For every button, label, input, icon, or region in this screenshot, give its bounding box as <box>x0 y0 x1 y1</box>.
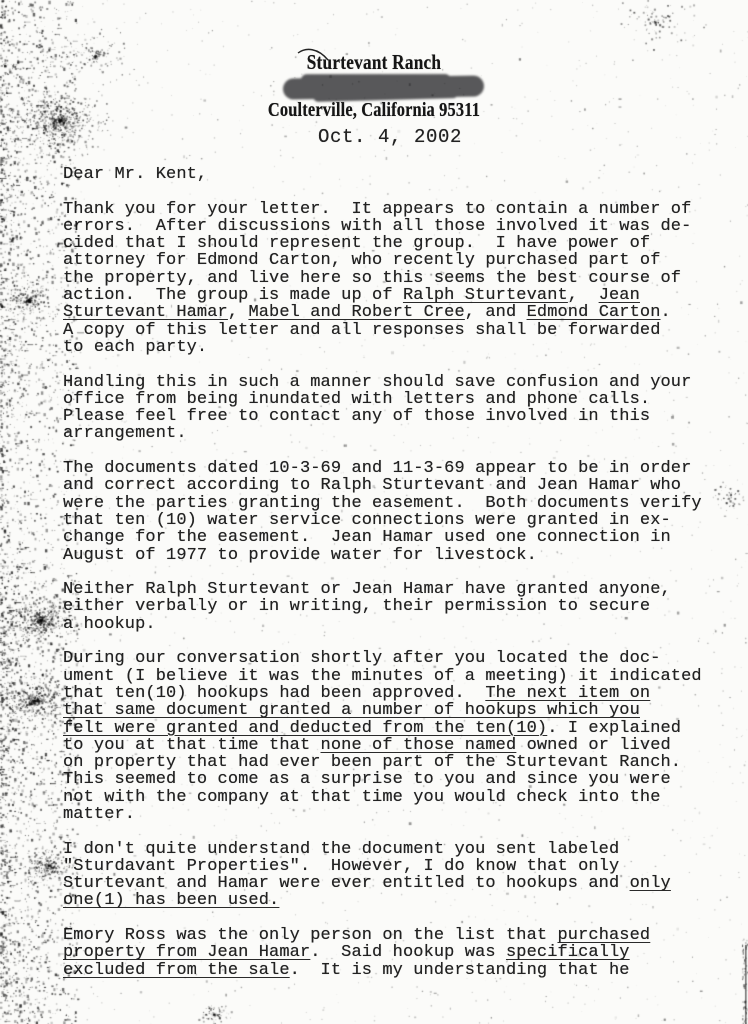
letter-line: attorney for Edmond Carton, who recently… <box>63 252 731 269</box>
text-segment: matter. <box>63 805 135 824</box>
text-segment: arrangement. <box>63 424 187 443</box>
letter-line: not with the company at that time you wo… <box>63 789 731 806</box>
underlined-text: Jean <box>599 286 640 305</box>
underlined-text: none of those named <box>321 736 517 755</box>
letter-date: Oct. 4, 2002 <box>318 126 462 148</box>
letterhead-flourish-icon <box>296 46 330 62</box>
letter-line: matter. <box>63 806 731 823</box>
letter-line: to you at that time that none of those n… <box>63 737 731 754</box>
text-segment: Please feel free to contact any of those… <box>63 407 650 426</box>
letter-line: that ten(10) hookups had been approved. … <box>63 685 731 702</box>
underlined-text: Ralph Sturtevant <box>403 286 568 305</box>
letter-line: change for the easement. Jean Hamar used… <box>63 529 731 546</box>
paragraph: Emory Ross was the only person on the li… <box>63 927 731 979</box>
underlined-text: specifically <box>506 943 630 962</box>
text-segment: . I explained <box>547 719 681 738</box>
letter-line: and correct according to Ralph Sturtevan… <box>63 477 731 494</box>
text-segment: During our conversation shortly after yo… <box>63 649 661 668</box>
underlined-text: excluded from the sale <box>63 961 290 980</box>
letter-line: During our conversation shortly after yo… <box>63 650 731 667</box>
text-segment: that ten(10) hookups had been approved. <box>63 684 485 703</box>
underlined-text: Mabel and Robert Cree <box>248 303 464 322</box>
letter-line: This seemed to come as a surprise to you… <box>63 771 731 788</box>
letter-line: Handling this in such a manner should sa… <box>63 374 731 391</box>
text-segment: not with the company at that time you wo… <box>63 788 661 807</box>
letter-line: on property that had ever been part of t… <box>63 754 731 771</box>
letter-line: Sturtevant and Hamar were ever entitled … <box>63 875 731 892</box>
letter-line: I don't quite understand the document yo… <box>63 841 731 858</box>
letter-line: to each party. <box>63 339 731 356</box>
text-segment: action. The group is made up of <box>63 286 403 305</box>
letter-line: Emory Ross was the only person on the li… <box>63 927 731 944</box>
letter-line: one(1) has been used. <box>63 892 731 909</box>
letterhead-ranch-name: Sturtevant Ranch <box>67 50 680 75</box>
text-segment: Sturtevant and Hamar were ever entitled … <box>63 874 630 893</box>
text-segment: . It is my understanding that he <box>290 961 630 980</box>
underlined-text: purchased <box>557 926 650 945</box>
underlined-text: felt were granted and deducted from the … <box>63 719 547 738</box>
letter-line: felt were granted and deducted from the … <box>63 720 731 737</box>
letter-line: office from being inundated with letters… <box>63 391 731 408</box>
text-segment: either verbally or in writing, their per… <box>63 597 650 616</box>
letter-line: Thank you for your letter. It appears to… <box>63 201 731 218</box>
text-segment: cided that I should represent the group.… <box>63 234 650 253</box>
letter-line: either verbally or in writing, their per… <box>63 598 731 615</box>
paragraph: The documents dated 10-3-69 and 11-3-69 … <box>63 460 731 564</box>
text-segment: attorney for Edmond Carton, who recently… <box>63 251 661 270</box>
letter-line: that ten (10) water service connections … <box>63 512 731 529</box>
text-segment: , <box>228 303 249 322</box>
text-segment: the property, and live here so this seem… <box>63 269 681 288</box>
text-segment: Thank you for your letter. It appears to… <box>63 200 691 219</box>
underlined-text: property from Jean Hamar <box>63 943 310 962</box>
underlined-text: one(1) has been used. <box>63 891 279 910</box>
text-segment: Handling this in such a manner should sa… <box>63 373 691 392</box>
paragraph: Handling this in such a manner should sa… <box>63 374 731 443</box>
text-segment: Neither Ralph Sturtevant or Jean Hamar h… <box>63 580 671 599</box>
letter-line: A copy of this letter and all responses … <box>63 322 731 339</box>
text-segment: to each party. <box>63 338 207 357</box>
letter-line: August of 1977 to provide water for live… <box>63 547 731 564</box>
underlined-text: Edmond Carton <box>527 303 661 322</box>
text-segment: I don't quite understand the document yo… <box>63 840 619 859</box>
text-segment: owned or lived <box>516 736 671 755</box>
letter-line: Sturtevant Hamar, Mabel and Robert Cree,… <box>63 304 731 321</box>
text-segment: on property that had ever been part of t… <box>63 753 681 772</box>
underlined-text: The next item on <box>485 684 650 703</box>
text-segment: , and <box>465 303 527 322</box>
paragraph: During our conversation shortly after yo… <box>63 650 731 823</box>
text-segment: and correct according to Ralph Sturtevan… <box>63 476 681 495</box>
text-segment: were the parties granting the easement. … <box>63 494 702 513</box>
letter-line: property from Jean Hamar. Said hookup wa… <box>63 944 731 961</box>
letter-line: ument (I believe it was the minutes of a… <box>63 668 731 685</box>
letter-line: a hookup. <box>63 616 731 633</box>
paragraph: Neither Ralph Sturtevant or Jean Hamar h… <box>63 581 731 633</box>
paragraph: I don't quite understand the document yo… <box>63 841 731 910</box>
text-segment: , <box>568 286 599 305</box>
letter-line: action. The group is made up of Ralph St… <box>63 287 731 304</box>
text-segment: A copy of this letter and all responses … <box>63 321 661 340</box>
letter-body: Dear Mr. Kent, Thank you for your letter… <box>63 166 731 979</box>
paragraph: Thank you for your letter. It appears to… <box>63 201 731 357</box>
text-segment: "Sturdavant Properties". However, I do k… <box>63 857 619 876</box>
letter-paragraphs: Thank you for your letter. It appears to… <box>63 201 731 979</box>
letter-line: "Sturdavant Properties". However, I do k… <box>63 858 731 875</box>
underlined-text: that same document granted a number of h… <box>63 701 640 720</box>
letterhead-city-line: Coulterville, California 95311 <box>67 99 680 122</box>
salutation: Dear Mr. Kent, <box>63 166 731 183</box>
text-segment: office from being inundated with letters… <box>63 390 650 409</box>
redacted-address-bar <box>283 75 484 99</box>
text-segment: . <box>661 303 671 322</box>
underlined-text: Sturtevant Hamar <box>63 303 228 322</box>
letter-line: cided that I should represent the group.… <box>63 235 731 252</box>
letter-line: The documents dated 10-3-69 and 11-3-69 … <box>63 460 731 477</box>
text-segment: errors. After discussions with all those… <box>63 217 691 236</box>
text-segment: to you at that time that <box>63 736 321 755</box>
text-segment: This seemed to come as a surprise to you… <box>63 770 671 789</box>
text-segment: ument (I believe it was the minutes of a… <box>63 667 702 686</box>
letter-line: Neither Ralph Sturtevant or Jean Hamar h… <box>63 581 731 598</box>
text-segment: August of 1977 to provide water for live… <box>63 546 537 565</box>
letter-line: errors. After discussions with all those… <box>63 218 731 235</box>
letter-line: Please feel free to contact any of those… <box>63 408 731 425</box>
text-segment: . Said hookup was <box>310 943 506 962</box>
text-segment: Emory Ross was the only person on the li… <box>63 926 557 945</box>
letter-line: the property, and live here so this seem… <box>63 270 731 287</box>
letter-line: were the parties granting the easement. … <box>63 495 731 512</box>
letter-line: arrangement. <box>63 425 731 442</box>
text-segment: change for the easement. Jean Hamar used… <box>63 528 671 547</box>
letter-line: that same document granted a number of h… <box>63 702 731 719</box>
underlined-text: only <box>630 874 671 893</box>
scanned-letter-page: Sturtevant Ranch Coulterville, Californi… <box>0 0 748 1024</box>
text-segment: that ten (10) water service connections … <box>63 511 671 530</box>
text-segment: a hookup. <box>63 615 156 634</box>
text-segment: The documents dated 10-3-69 and 11-3-69 … <box>63 459 691 478</box>
letter-line: excluded from the sale. It is my underst… <box>63 962 731 979</box>
